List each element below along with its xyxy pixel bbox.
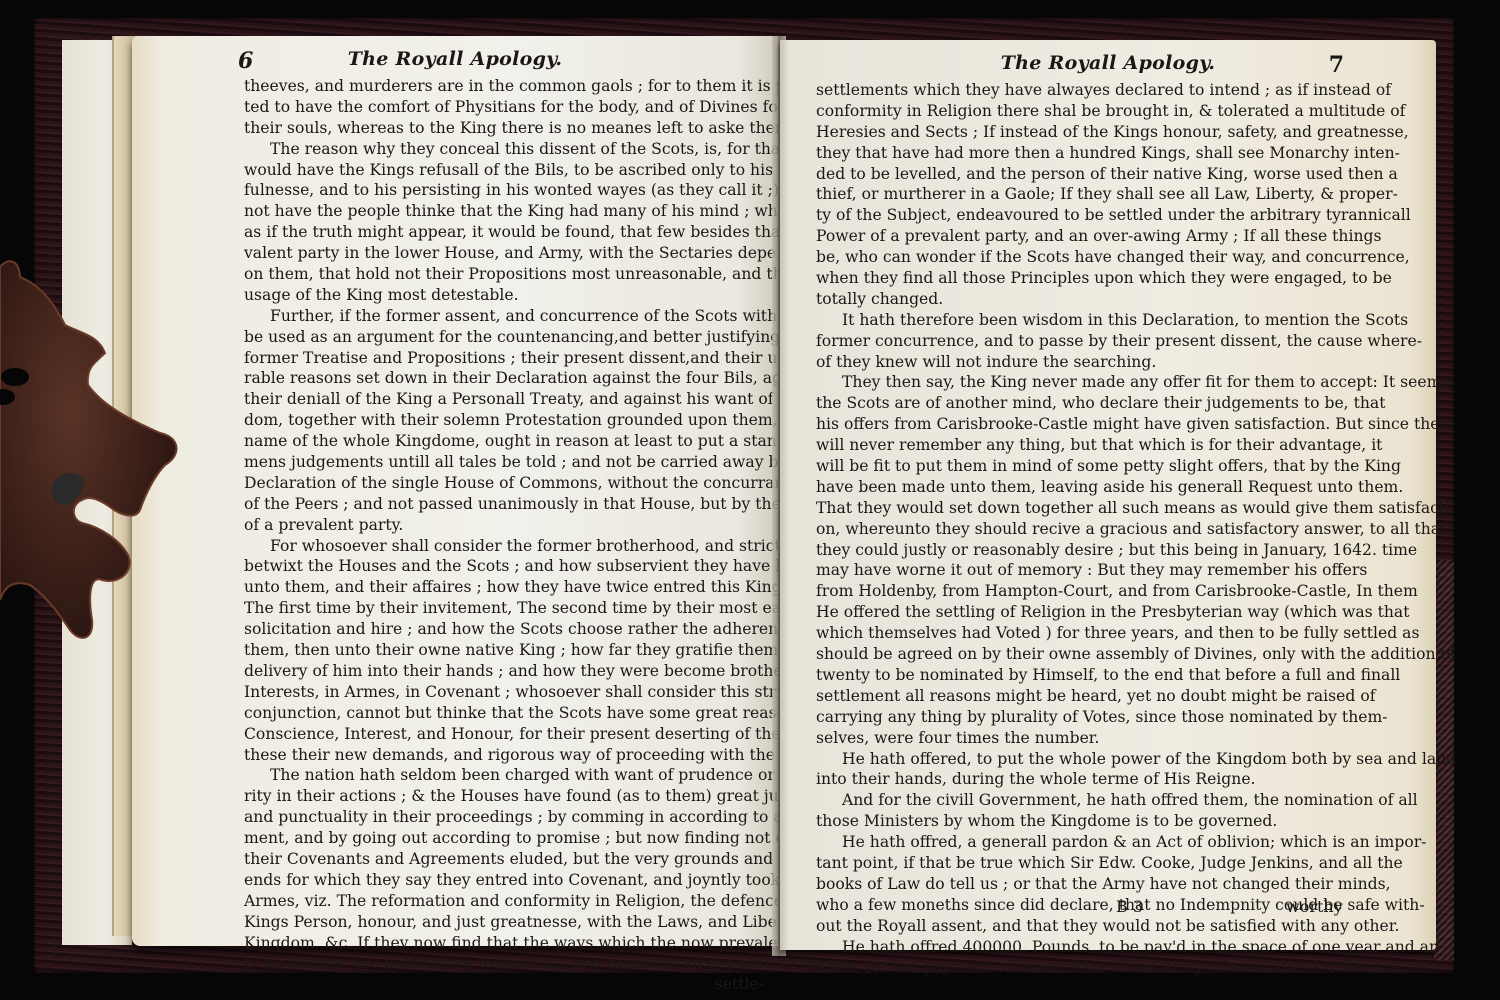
text-line: they that have had more then a hundred K…	[816, 143, 1330, 164]
text-line: former Treatise and Propositions ; their…	[244, 348, 764, 369]
text-line: those Ministers by whom the Kingdome is …	[816, 811, 1330, 832]
page-header: 6 The Royall Apology.	[132, 48, 778, 76]
text-line: solicitation and hire ; and how the Scot…	[244, 619, 764, 640]
text-line: carrying any thing by plurality of Votes…	[816, 707, 1330, 728]
text-line: their souls, whereas to the King there i…	[244, 118, 764, 139]
text-line: Further, if the former assent, and concu…	[244, 306, 764, 327]
text-line: settlement all reasons might be heard, y…	[816, 686, 1330, 707]
text-line: conjunction, cannot but thinke that the …	[244, 703, 764, 724]
text-line: He hath offered, to put the whole power …	[816, 749, 1330, 770]
text-line: tant point, if that be true which Sir Ed…	[816, 853, 1330, 874]
text-line: totally changed.	[816, 289, 1330, 310]
text-line: He offered the settling of Religion in t…	[816, 602, 1330, 623]
running-title: The Royall Apology.	[132, 48, 778, 70]
page-number: 7	[1329, 52, 1344, 78]
text-line: be, who can wonder if the Scots have cha…	[816, 247, 1330, 268]
text-line: have been made unto them, leaving aside …	[816, 477, 1330, 498]
text-line: selves, were four times the number.	[816, 728, 1330, 749]
text-line: on, whereunto they should recive a graci…	[816, 519, 1330, 540]
text-line: not have the people thinke that the King…	[244, 201, 764, 222]
text-line: Conscience, Interest, and Honour, for th…	[244, 724, 764, 745]
text-line: and punctuality in their proceedings ; b…	[244, 807, 764, 828]
text-line: unto them, and their affaires ; how they…	[244, 577, 764, 598]
text-line: books of Law do tell us ; or that the Ar…	[816, 874, 1330, 895]
text-line: these their new demands, and rigorous wa…	[244, 745, 764, 766]
text-line: ty do pursue, are destructive to them al…	[244, 953, 764, 974]
text-line: For whosoever shall consider the former …	[244, 536, 764, 557]
text-line: ty of the Subject, endeavoured to be set…	[816, 205, 1330, 226]
text-line: conformity in Religion there shal be bro…	[816, 101, 1330, 122]
text-line: It hath therefore been wisdom in this De…	[816, 310, 1330, 331]
text-line: rable reasons set down in their Declarat…	[244, 368, 764, 389]
text-line: ment, and by going out according to prom…	[244, 828, 764, 849]
text-line: valent party in the lower House, and Arm…	[244, 243, 764, 264]
text-line: name of the whole Kingdome, ought in rea…	[244, 431, 764, 452]
text-line: would have the Kings refusall of the Bil…	[244, 160, 764, 181]
text-line: He hath offred, a generall pardon & an A…	[816, 832, 1330, 853]
text-line: their Covenants and Agreements eluded, b…	[244, 849, 764, 870]
text-line: should be agreed on by their owne assemb…	[816, 644, 1330, 665]
text-line: He hath offred 400000. Pounds, to be pay…	[816, 937, 1330, 958]
text-line: delivery of him into their hands ; and h…	[244, 661, 764, 682]
text-line: will be fit to put them in mind of some …	[816, 456, 1330, 477]
text-line: their deniall of the King a Personall Tr…	[244, 389, 764, 410]
text-line: from Holdenby, from Hampton-Court, and f…	[816, 581, 1330, 602]
text-line: Kingdom, &c. If they now find that the w…	[244, 933, 764, 954]
text-line: Declaration of the single House of Commo…	[244, 473, 764, 494]
signature-mark: B 3	[1116, 897, 1143, 916]
text-line: thief, or murtherer in a Gaole; If they …	[816, 184, 1330, 205]
page-text: settlements which they have alwayes decl…	[816, 80, 1330, 978]
text-line: halfe, for the payment of the arrears of…	[816, 957, 1330, 978]
text-line: the Scots are of another mind, who decla…	[816, 393, 1330, 414]
text-line: of a prevalent party.	[244, 515, 764, 536]
text-line: on them, that hold not their Proposition…	[244, 264, 764, 285]
text-line: be used as an argument for the countenan…	[244, 327, 764, 348]
text-line: The reason why they conceal this dissent…	[244, 139, 764, 160]
text-line: theeves, and murderers are in the common…	[244, 76, 764, 97]
text-line: Interests, in Armes, in Covenant ; whoso…	[244, 682, 764, 703]
text-line: ded to be levelled, and the person of th…	[816, 164, 1330, 185]
text-line: settle-	[244, 974, 764, 995]
text-line: former concurrence, and to passe by thei…	[816, 331, 1330, 352]
text-line: That they would set down together all su…	[816, 498, 1330, 519]
text-line: twenty to be nominated by Himself, to th…	[816, 665, 1330, 686]
text-line: which themselves had Voted ) for three y…	[816, 623, 1330, 644]
text-line: mens judgements untill all tales be told…	[244, 452, 764, 473]
text-line: settlements which they have alwayes decl…	[816, 80, 1330, 101]
text-line: as if the truth might appear, it would b…	[244, 222, 764, 243]
text-line: may have worne it out of memory : But th…	[816, 560, 1330, 581]
text-line: ends for which they say they entred into…	[244, 870, 764, 891]
text-line: who a few moneths since did declare, tha…	[816, 895, 1330, 916]
text-line: his offers from Carisbrooke-Castle might…	[816, 414, 1330, 435]
text-line: ted to have the comfort of Physitians fo…	[244, 97, 764, 118]
text-line: will never remember any thing, but that …	[816, 435, 1330, 456]
text-line: Heresies and Sects ; If instead of the K…	[816, 122, 1330, 143]
text-line: them, then unto their owne native King ;…	[244, 640, 764, 661]
text-line: rity in their actions ; & the Houses hav…	[244, 786, 764, 807]
text-line: Kings Person, honour, and just greatness…	[244, 912, 764, 933]
text-line: They then say, the King never made any o…	[816, 372, 1330, 393]
text-line: Power of a prevalent party, and an over-…	[816, 226, 1330, 247]
page-header: The Royall Apology. 7	[780, 52, 1436, 80]
left-page: 6 The Royall Apology. theeves, and murde…	[132, 36, 778, 946]
text-line: of they knew will not indure the searchi…	[816, 352, 1330, 373]
text-line: The nation hath seldom been charged with…	[244, 765, 764, 786]
text-line: betwixt the Houses and the Scots ; and h…	[244, 556, 764, 577]
text-line: usage of the King most detestable.	[244, 285, 764, 306]
page-text: theeves, and murderers are in the common…	[244, 76, 764, 995]
right-page: The Royall Apology. 7 settlements which …	[780, 40, 1436, 950]
text-line: Armes, viz. The reformation and conformi…	[244, 891, 764, 912]
text-line: into their hands, during the whole terme…	[816, 769, 1330, 790]
text-line: dom, together with their solemn Protesta…	[244, 410, 764, 431]
text-line: when they find all those Principles upon…	[816, 268, 1330, 289]
text-line: they could justly or reasonably desire ;…	[816, 540, 1330, 561]
metal-clasp-ornament-icon	[0, 255, 190, 640]
text-line: fulnesse, and to his persisting in his w…	[244, 180, 764, 201]
catchword: worthy	[1286, 897, 1343, 916]
text-line: out the Royall assent, and that they wou…	[816, 916, 1330, 937]
text-line: of the Peers ; and not passed unanimousl…	[244, 494, 764, 515]
text-line: And for the civill Government, he hath o…	[816, 790, 1330, 811]
text-line: The first time by their invitement, The …	[244, 598, 764, 619]
